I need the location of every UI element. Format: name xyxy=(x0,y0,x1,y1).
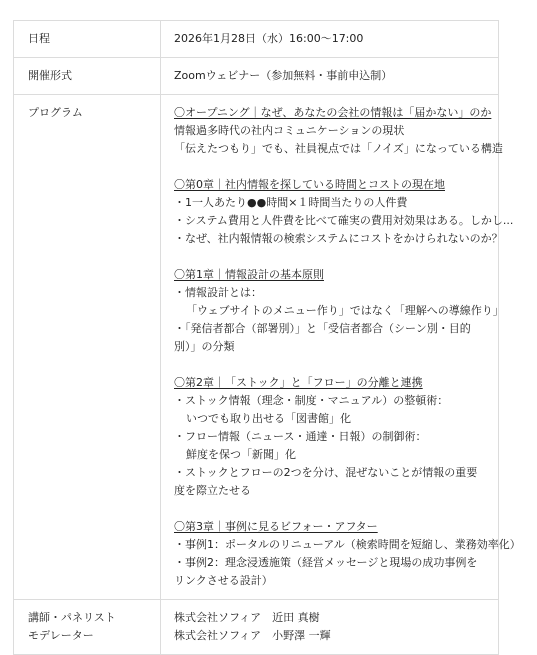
program-section-opening: 〇オープニング｜なぜ、あなたの会社の情報は「届かない」のか 情報過多時代の社内コ… xyxy=(174,104,488,158)
spacer xyxy=(174,356,488,374)
spacer xyxy=(174,248,488,266)
row-format: 開催形式 Zoomウェビナー（参加無料・事前申込制） xyxy=(14,58,499,95)
section-line: ・フロー情報（ニュース・通達・日報）の制御術： xyxy=(174,428,488,446)
section-line: ・1一人あたり●●時間×１時間当たりの人件費 xyxy=(174,194,488,212)
section-line: 情報過多時代の社内コミュニケーションの現状 xyxy=(174,122,488,140)
section-heading: 〇第1章｜情報設計の基本原則 xyxy=(174,266,488,284)
date-value: 2026年1月28日（水）16:00〜17:00 xyxy=(161,21,499,58)
event-info-table-wrapper: 日程 2026年1月28日（水）16:00〜17:00 開催形式 Zoomウェビ… xyxy=(13,20,499,640)
speaker-1: 株式会社ソフィア 近田 真樹 xyxy=(174,609,488,627)
speakers-value: 株式会社ソフィア 近田 真樹 株式会社ソフィア 小野澤 一輝 xyxy=(161,600,499,641)
section-line: ・ストックとフローの2つを分け、混ぜないことが情報の重要度を際立たせる xyxy=(174,464,488,500)
section-line: ・ストック情報（理念・制度・マニュアル）の整頓術： xyxy=(174,392,488,410)
speakers-label-line-2: モデレーター xyxy=(28,627,150,640)
program-section-chapter-0: 〇第0章｜社内情報を探している時間とコストの現在地 ・1一人あたり●●時間×１時… xyxy=(174,176,488,248)
program-value: 〇オープニング｜なぜ、あなたの会社の情報は「届かない」のか 情報過多時代の社内コ… xyxy=(161,95,499,600)
spacer xyxy=(174,500,488,518)
row-program: プログラム 〇オープニング｜なぜ、あなたの会社の情報は「届かない」のか 情報過多… xyxy=(14,95,499,600)
section-line: 「ウェブサイトのメニュー作り」ではなく「理解への導線作り」 xyxy=(174,302,488,320)
program-label: プログラム xyxy=(14,95,161,600)
format-value: Zoomウェビナー（参加無料・事前申込制） xyxy=(161,58,499,95)
event-info-table: 日程 2026年1月28日（水）16:00〜17:00 開催形式 Zoomウェビ… xyxy=(13,20,499,640)
section-line: いつでも取り出せる「図書館」化 xyxy=(174,410,488,428)
section-heading: 〇オープニング｜なぜ、あなたの会社の情報は「届かない」のか xyxy=(174,104,488,122)
section-line: ・事例1：ポータルのリニューアル（検索時間を短縮し、業務効率化） xyxy=(174,536,488,554)
section-line: ・「発信者都合（部署別）」と「受信者都合（シーン別・目的別）」の分類 xyxy=(174,320,488,356)
section-line: ・事例2：理念浸透施策（経営メッセージと現場の成功事例をリンクさせる設計） xyxy=(174,554,488,590)
section-line: ・なぜ、社内報情報の検索システムにコストをかけられないのか？ xyxy=(174,230,488,248)
section-line: 「伝えたつもり」でも、社員視点では「ノイズ」になっている構造 xyxy=(174,140,488,158)
section-line: 鮮度を保つ「新聞」化 xyxy=(174,446,488,464)
speakers-label: 講師・パネリスト モデレーター xyxy=(14,600,161,641)
program-section-chapter-3: 〇第3章｜事例に見るビフォー・アフター ・事例1：ポータルのリニューアル（検索時… xyxy=(174,518,488,590)
section-heading: 〇第0章｜社内情報を探している時間とコストの現在地 xyxy=(174,176,488,194)
section-heading: 〇第3章｜事例に見るビフォー・アフター xyxy=(174,518,488,536)
section-line: ・情報設計とは： xyxy=(174,284,488,302)
section-heading: 〇第2章｜「ストック」と「フロー」の分離と連携 xyxy=(174,374,488,392)
row-speakers: 講師・パネリスト モデレーター 株式会社ソフィア 近田 真樹 株式会社ソフィア … xyxy=(14,600,499,641)
speakers-label-line-1: 講師・パネリスト xyxy=(28,609,150,627)
format-label: 開催形式 xyxy=(14,58,161,95)
program-section-chapter-2: 〇第2章｜「ストック」と「フロー」の分離と連携 ・ストック情報（理念・制度・マニ… xyxy=(174,374,488,500)
program-section-chapter-1: 〇第1章｜情報設計の基本原則 ・情報設計とは： 「ウェブサイトのメニュー作り」で… xyxy=(174,266,488,356)
speaker-2: 株式会社ソフィア 小野澤 一輝 xyxy=(174,627,488,640)
section-line: ・システム費用と人件費を比べて確実の費用対効果はある。しかし... xyxy=(174,212,488,230)
spacer xyxy=(174,158,488,176)
row-date: 日程 2026年1月28日（水）16:00〜17:00 xyxy=(14,21,499,58)
date-label: 日程 xyxy=(14,21,161,58)
